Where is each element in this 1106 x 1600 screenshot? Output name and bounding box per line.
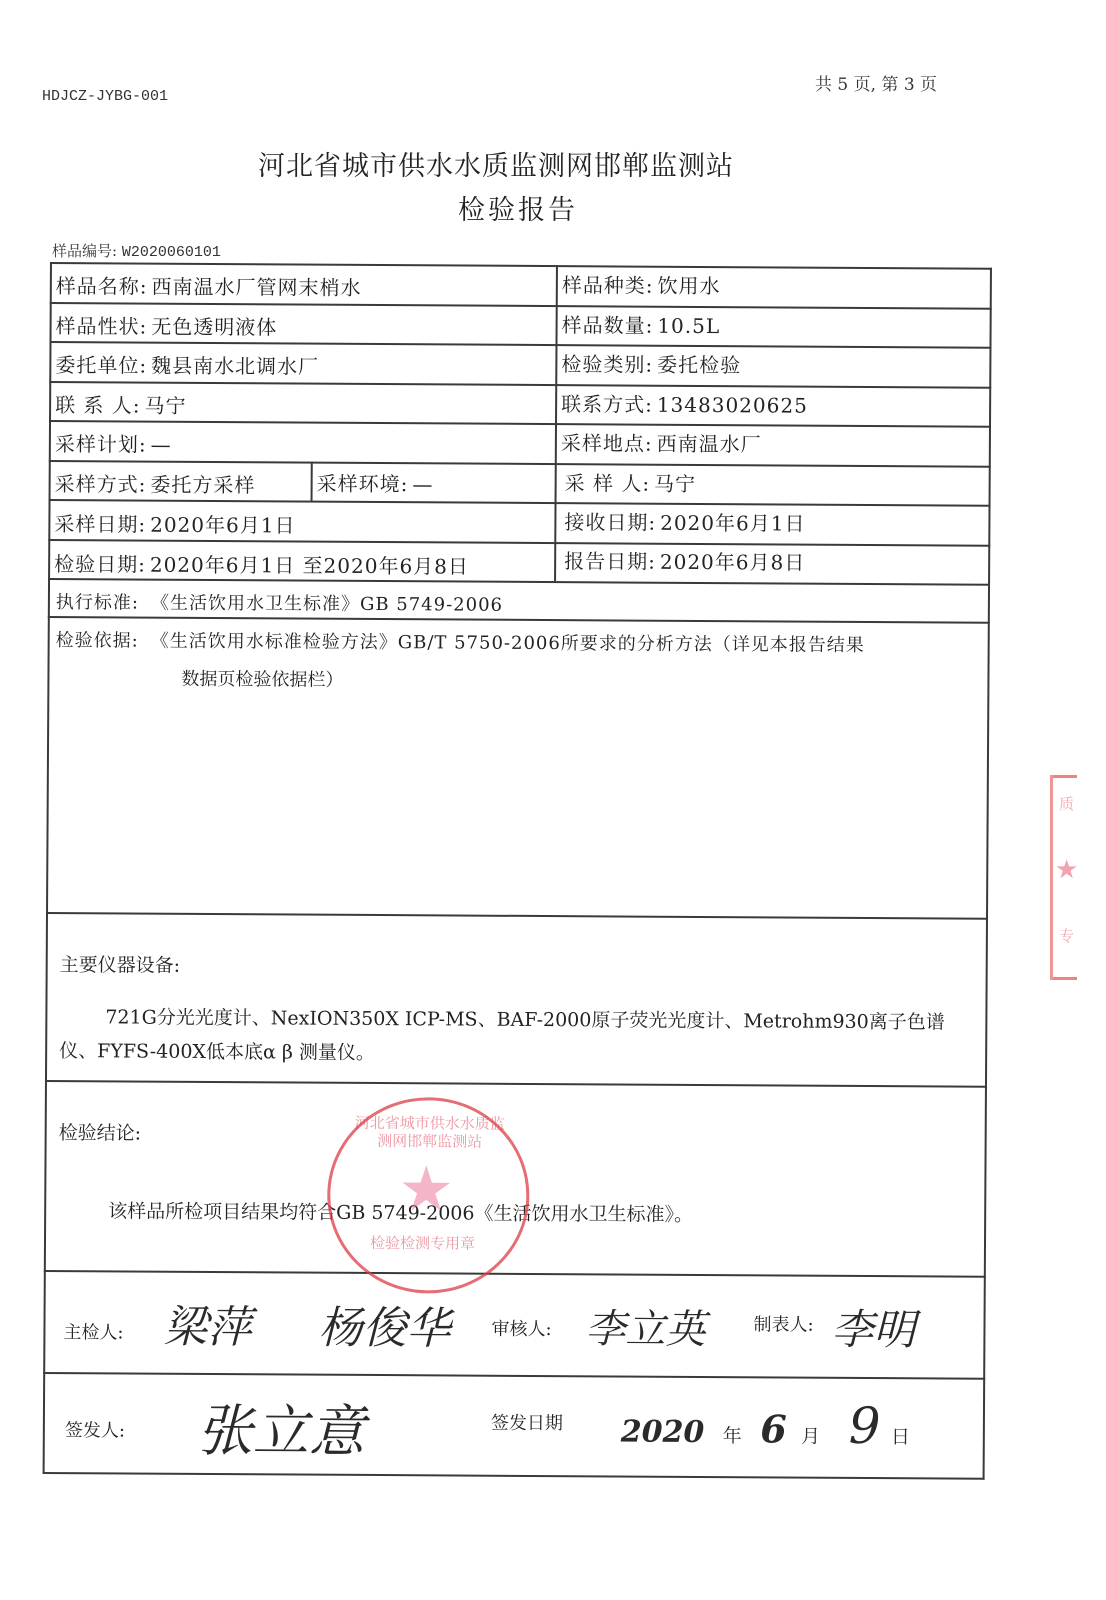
field-sample-type: 样品种类:饮用水: [562, 269, 721, 299]
table-rule: [48, 616, 990, 624]
field-value: 2020年6月1日 至2020年6月8日: [150, 553, 469, 579]
field-value: 马宁: [144, 394, 186, 418]
field-sampling-plan: 采样计划:—: [55, 428, 172, 458]
issue-month-unit: 月: [801, 1426, 820, 1448]
field-value: 2020年6月1日: [150, 513, 296, 538]
field-label: 接收日期:: [564, 510, 656, 535]
field-value: 《生活饮用水卫生标准》GB 5749-2006: [151, 593, 503, 616]
issue-date: 2020 年 6 月 9 日: [621, 1396, 910, 1456]
star-icon: ★: [398, 1152, 454, 1225]
main-inspector-label: 主检人:: [63, 1318, 123, 1344]
table-rule: [49, 341, 991, 349]
table-rule: [50, 302, 992, 310]
field-sampler: 采 样 人:马宁: [565, 467, 697, 497]
field-label: 采样地点:: [561, 431, 653, 456]
field-label: 检验日期:: [54, 552, 146, 577]
table-rule: [48, 539, 990, 547]
field-value: 13483020625: [657, 393, 808, 418]
issue-year-unit: 年: [723, 1425, 742, 1447]
field-label: 样品性状:: [56, 314, 148, 339]
issue-date-label: 签发日期: [491, 1409, 563, 1435]
field-sampling-location: 采样地点:西南温水厂: [561, 427, 762, 457]
field-report-date: 报告日期:2020年6月8日: [564, 545, 805, 575]
table-rule: [45, 1080, 987, 1088]
issue-year: 2020: [621, 1415, 705, 1451]
field-label: 采样方式:: [55, 472, 147, 497]
field-label: 检验依据:: [56, 630, 139, 652]
star-icon: ★: [1055, 855, 1078, 885]
table-rule: [983, 268, 992, 1480]
field-value: 西南温水厂管网末梢水: [152, 275, 362, 300]
field-sampling-method: 采样方式:委托方采样: [55, 468, 256, 498]
field-basis: 检验依据:《生活饮用水标准检验方法》GB/T 5750-2006所要求的分析方法…: [56, 626, 865, 657]
issue-day-unit: 日: [891, 1426, 910, 1448]
field-label: 样品名称:: [56, 274, 148, 299]
field-value: 委托方采样: [150, 473, 255, 498]
field-value: 2020年6月8日: [660, 550, 806, 575]
field-client: 委托单位:魏县南水北调水厂: [55, 349, 319, 380]
table-rule: [46, 912, 988, 920]
main-inspector-signature: 杨俊华: [318, 1292, 450, 1357]
table-rule: [43, 262, 52, 1474]
table-rule: [49, 499, 991, 507]
field-value: 10.5L: [657, 314, 720, 338]
main-inspector-signature: 梁萍: [163, 1291, 251, 1356]
table-rule: [48, 578, 990, 586]
reviewer-label: 审核人:: [491, 1315, 551, 1341]
issue-month: 6: [760, 1406, 787, 1451]
report-table: 样品名称:西南温水厂管网末梢水 样品种类:饮用水 样品性状:无色透明液体 样品数…: [0, 0, 1106, 1600]
field-value: 无色透明液体: [151, 315, 277, 340]
field-test-date: 检验日期:2020年6月1日 至2020年6月8日: [54, 548, 469, 580]
field-value: 魏县南水北调水厂: [151, 354, 319, 379]
table-rule: [49, 381, 991, 389]
field-sampling-env: 采样环境:—: [317, 468, 434, 498]
field-basis-continued: 数据页检验依据栏）: [181, 665, 343, 692]
field-label: 联 系 人:: [55, 393, 141, 418]
preparer-signature: 李明: [831, 1297, 915, 1358]
field-label: 样品数量:: [562, 313, 654, 338]
issuer-label: 签发人:: [65, 1416, 125, 1442]
field-sampling-date: 采样日期:2020年6月1日: [54, 508, 295, 538]
stamp-edge: [1053, 977, 1077, 980]
field-value: 《生活饮用水标准检验方法》GB/T 5750-2006所要求的分析方法（详见本报…: [151, 631, 865, 656]
field-label: 报告日期:: [564, 549, 656, 574]
issue-day: 9: [849, 1397, 881, 1455]
table-rule: [43, 1372, 985, 1380]
field-label: 样品种类:: [562, 273, 654, 298]
field-value: 马宁: [654, 472, 696, 496]
equipment-line: 仪、FYFS-400X低本底α β 测量仪。: [59, 1034, 989, 1074]
equipment-label: 主要仪器设备:: [60, 950, 181, 978]
field-sample-name: 样品名称:西南温水厂管网末梢水: [56, 270, 362, 301]
field-label: 采样日期:: [54, 512, 146, 537]
table-rule: [43, 1472, 985, 1480]
table-rule: [49, 420, 991, 428]
field-label: 采样计划:: [55, 432, 147, 457]
field-label: 检验类别:: [561, 352, 653, 377]
edge-seal-stamp: 质 ★ 专: [1050, 775, 1077, 980]
stamp-edge: [1053, 775, 1077, 778]
field-value: 委托检验: [657, 353, 741, 378]
reviewer-signature: 李立英: [585, 1297, 705, 1355]
field-value: 西南温水厂: [657, 432, 762, 457]
field-value: 饮用水: [658, 274, 721, 298]
preparer-label: 制表人:: [753, 1310, 813, 1336]
field-label: 委托单位:: [55, 353, 147, 378]
table-rule: [49, 460, 991, 468]
field-label: 联系方式:: [561, 392, 653, 417]
field-value: —: [412, 472, 433, 496]
equipment-list: 721G分光光度计、NexION350X ICP-MS、BAF-2000原子荧光…: [59, 1000, 989, 1074]
field-label: 采样环境:: [317, 472, 409, 497]
equipment-line: 721G分光光度计、NexION350X ICP-MS、BAF-2000原子荧光…: [59, 1000, 989, 1040]
field-sample-quantity: 样品数量:10.5L: [562, 309, 721, 339]
official-seal-stamp: 河北省城市供水水质监测网邯郸监测站 ★ 检验检测专用章: [327, 1097, 530, 1294]
table-rule: [44, 1270, 986, 1278]
stamp-bottom-text: 检验检测专用章: [370, 1232, 475, 1254]
field-value: —: [151, 433, 172, 457]
stamp-char: 质: [1059, 793, 1074, 814]
table-rule: [311, 462, 313, 502]
table-rule: [50, 262, 992, 270]
field-received-date: 接收日期:2020年6月1日: [564, 506, 805, 536]
field-sample-appearance: 样品性状:无色透明液体: [56, 310, 278, 340]
field-contact-phone: 联系方式:13483020625: [561, 388, 808, 419]
issuer-signature: 张立意: [197, 1387, 365, 1468]
field-test-category: 检验类别:委托检验: [561, 348, 741, 378]
field-value: 2020年6月1日: [660, 511, 806, 536]
stamp-char: 专: [1059, 925, 1074, 946]
field-standard: 执行标准:《生活饮用水卫生标准》GB 5749-2006: [56, 588, 503, 617]
field-label: 采 样 人:: [565, 471, 651, 496]
field-label: 执行标准:: [56, 592, 139, 614]
conclusion-label: 检验结论:: [59, 1118, 142, 1146]
field-contact-person: 联 系 人:马宁: [55, 389, 187, 419]
stamp-ring-text: 河北省城市供水水质监测网邯郸监测站: [355, 1114, 505, 1151]
